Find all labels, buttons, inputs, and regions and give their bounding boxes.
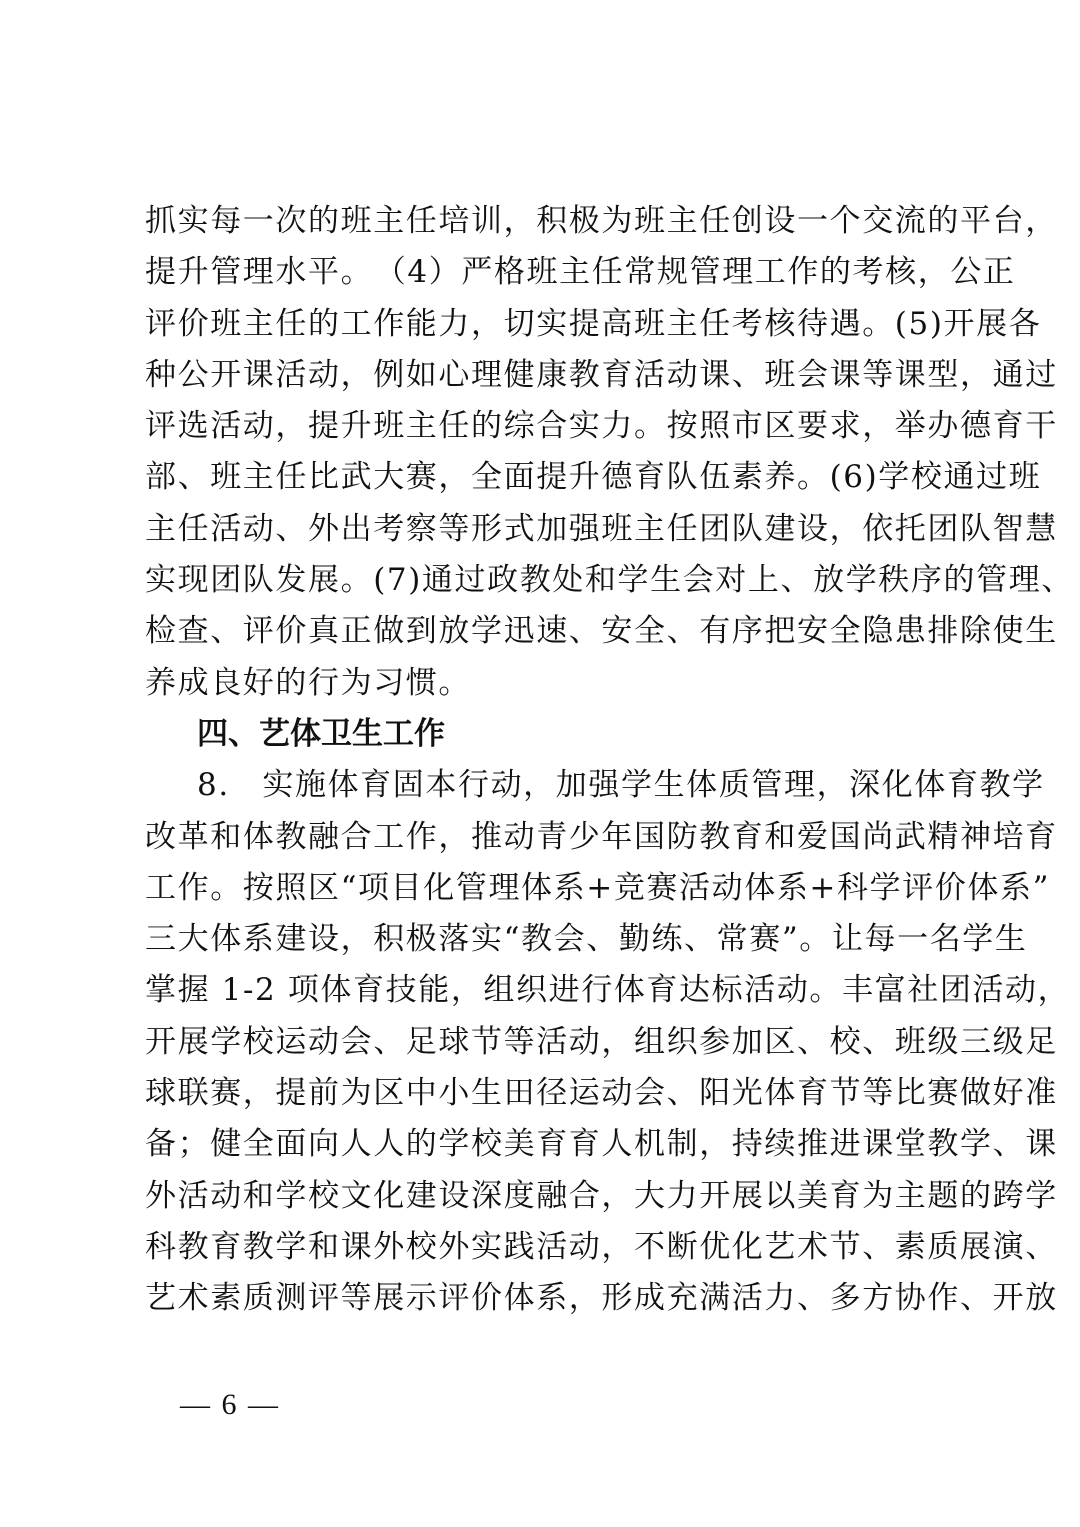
- paragraph-line: 种公开课活动，例如心理健康教育活动课、班会课等课型，通过: [145, 350, 950, 401]
- paragraph-line: 改革和体教融合工作，推动青少年国防教育和爱国尚武精神培育: [145, 812, 950, 863]
- paragraph-line: 评价班主任的工作能力，切实提高班主任考核待遇。(5)开展各: [145, 299, 950, 350]
- paragraph-line: 工作。按照区“项目化管理体系+竞赛活动体系+科学评价体系”: [145, 863, 950, 914]
- paragraph-line: 球联赛，提前为区中小生田径运动会、阳光体育节等比赛做好准: [145, 1068, 950, 1119]
- paragraph-line: 艺术素质测评等展示评价体系，形成充满活力、多方协作、开放: [145, 1273, 950, 1324]
- paragraph-line: 开展学校运动会、足球节等活动，组织参加区、校、班级三级足: [145, 1017, 950, 1068]
- paragraph-line: 实现团队发展。(7)通过政教处和学生会对上、放学秩序的管理、: [145, 555, 950, 606]
- page-number: — 6 —: [180, 1388, 280, 1422]
- paragraph-line: 部、班主任比武大赛，全面提升德育队伍素养。(6)学校通过班: [145, 452, 950, 503]
- paragraph-line: 科教育教学和课外校外实践活动，不断优化艺术节、素质展演、: [145, 1222, 950, 1273]
- paragraph-line: 提升管理水平。 （4）严格班主任常规管理工作的考核，公正: [145, 247, 950, 298]
- paragraph-line: 掌握 1-2 项体育技能，组织进行体育达标活动。丰富社团活动，: [145, 965, 950, 1016]
- section-heading: 四、艺体卫生工作: [145, 709, 950, 760]
- paragraph-line: 三大体系建设，积极落实“教会、勤练、常赛”。让每一名学生: [145, 914, 950, 965]
- paragraph-line: 检查、评价真正做到放学迅速、安全、有序把安全隐患排除使生: [145, 606, 950, 657]
- paragraph-line: 主任活动、外出考察等形式加强班主任团队建设，依托团队智慧: [145, 504, 950, 555]
- document-page: 抓实每一次的班主任培训，积极为班主任创设一个交流的平台， 提升管理水平。 （4）…: [0, 0, 1080, 1527]
- body-text: 抓实每一次的班主任培训，积极为班主任创设一个交流的平台， 提升管理水平。 （4）…: [145, 196, 950, 1325]
- paragraph-line: 外活动和学校文化建设深度融合，大力开展以美育为主题的跨学: [145, 1171, 950, 1222]
- paragraph-line: 养成良好的行为习惯。: [145, 658, 950, 709]
- paragraph-line: 抓实每一次的班主任培训，积极为班主任创设一个交流的平台，: [145, 196, 950, 247]
- paragraph-line: 8. 实施体育固本行动，加强学生体质管理，深化体育教学: [145, 760, 950, 811]
- paragraph-line: 评选活动，提升班主任的综合实力。按照市区要求，举办德育干: [145, 401, 950, 452]
- paragraph-line: 备；健全面向人人的学校美育育人机制，持续推进课堂教学、课: [145, 1119, 950, 1170]
